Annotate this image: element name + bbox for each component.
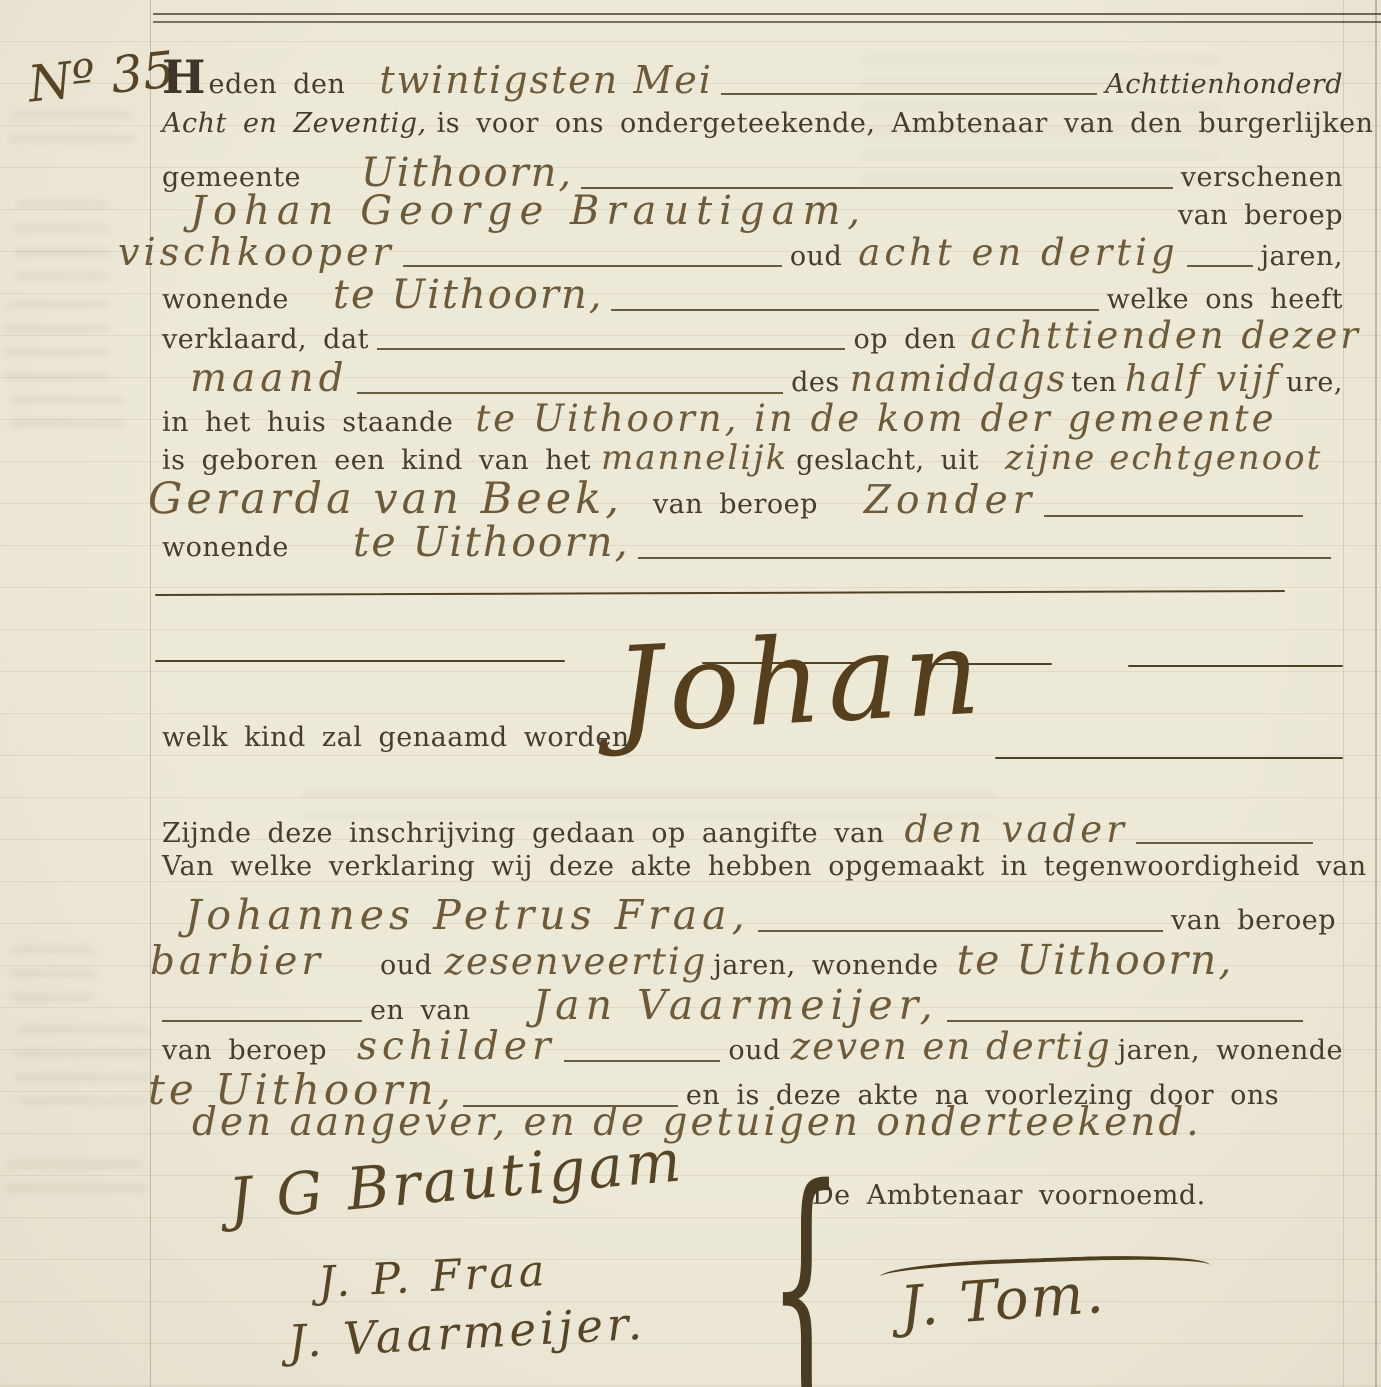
label-jaren-wonende-w1: jaren, wonende [713, 950, 938, 981]
label-oud: oud [790, 241, 842, 272]
blank-fill-line [1136, 838, 1313, 844]
label-en-van: en van [370, 995, 471, 1026]
label-van-beroep-w2: van beroep [162, 1035, 327, 1066]
field-witness1-age: zesenveertig [444, 940, 707, 983]
label-van-welke: Van welke verklaring wij deze akte hebbe… [162, 851, 1367, 882]
field-birth-place: te Uithoorn, in de kom der gemeente [475, 397, 1276, 440]
label-jaren: jaren, [1261, 241, 1343, 272]
empty-line-stroke [155, 660, 565, 662]
empty-line-stroke [1128, 665, 1343, 667]
ink-bleed-spot [10, 395, 125, 443]
page-fold-line [150, 0, 151, 1387]
label-van-beroep-w1: van beroep [1171, 905, 1336, 936]
label-heden-den: eden den [208, 69, 345, 100]
field-witness2-occupation: schilder [357, 1024, 556, 1069]
blank-fill-line [377, 344, 846, 350]
field-declarant-age: acht en dertig [858, 231, 1178, 274]
label-ure: ure, [1286, 367, 1343, 398]
field-date-day-month: twintigsten Mei [379, 58, 713, 102]
decorative-initial-H: H [162, 59, 205, 96]
label-oud-w1: oud [380, 950, 432, 981]
blank-fill-line [947, 1016, 1303, 1022]
field-birth-daypart: namiddags [850, 359, 1067, 400]
field-informant: den vader [904, 808, 1127, 851]
field-closing-line: den aangever, en de getuigen onderteeken… [192, 1100, 1202, 1145]
blank-fill-line [638, 553, 1331, 559]
label-wonende-mother: wonende [162, 532, 289, 563]
label-geslacht-uit: geslacht, uit [796, 445, 979, 476]
ink-bleed-spot [5, 300, 110, 390]
label-des: des [791, 367, 840, 398]
page-margin-line [1343, 0, 1344, 1387]
birth-certificate-page: { "document": { "record_number": "Nº 35"… [0, 0, 1381, 1387]
blank-fill-line [1187, 261, 1253, 267]
signature-witness1: J. P. Fraa [317, 1246, 550, 1308]
ink-bleed-spot [15, 1025, 150, 1105]
field-birth-time: half vijf [1125, 359, 1280, 400]
blank-fill-line [758, 926, 1163, 932]
field-birth-month-word: maand [190, 356, 349, 401]
ink-bleed-spot [10, 110, 135, 150]
label-zijnde: Zijnde deze inschrijving gedaan op aangi… [162, 818, 884, 849]
label-ten: ten [1071, 367, 1117, 398]
blank-fill-line [357, 388, 784, 394]
field-birth-day: achttienden dezer [970, 314, 1361, 357]
label-wonende: wonende [162, 284, 289, 315]
label-in-het-huis: in het huis staande [162, 407, 453, 438]
signature-brace: { [768, 1192, 844, 1383]
ink-bleed-spot [15, 200, 110, 285]
label-welke-ons-heeft: welke ons heeft [1107, 284, 1343, 315]
label-is-geboren: is geboren een kind van het [162, 445, 591, 476]
label-jaren-wonende-w2: jaren, wonende [1118, 1035, 1343, 1066]
blank-fill-line [995, 757, 1343, 759]
label-van-beroep: van beroep [1178, 200, 1343, 231]
label-van-beroep-mother: van beroep [653, 489, 818, 520]
blank-fill-line [162, 1016, 362, 1022]
empty-line-stroke [155, 590, 1285, 596]
signature-officer: J. Tom. [898, 1261, 1107, 1340]
record-number: Nº 35 [25, 40, 177, 113]
field-mother-residence: te Uithoorn, [353, 518, 630, 566]
field-declarant-residence: te Uithoorn, [333, 272, 604, 318]
blank-fill-line [1044, 511, 1303, 517]
label-line2: is voor ons ondergeteekende, Ambtenaar v… [437, 108, 1381, 139]
blank-fill-line [403, 261, 782, 267]
label-ambtenaar-voornoemd: De Ambtenaar voornoemd. [812, 1180, 1206, 1211]
ink-bleed-spot [5, 1160, 145, 1200]
field-mother-relation: zijne echtgenoot [1005, 438, 1322, 478]
blank-fill-line [564, 1056, 721, 1062]
label-verklaard-dat: verklaard, dat [162, 324, 369, 355]
blank-fill-line [721, 89, 1097, 95]
signature-witness2: J. Vaarmeijer. [287, 1297, 647, 1369]
previous-record-divider [153, 13, 1381, 23]
label-achttienhonderd: Achttienhonderd [1105, 69, 1343, 100]
field-witness1-name: Johannes Petrus Fraa, [185, 891, 750, 939]
label-year-italic: Acht en Zeventig, [162, 108, 427, 139]
paper-edge [1375, 0, 1377, 1387]
label-welk-kind: welk kind zal genaamd worden [162, 722, 630, 753]
label-op-den: op den [853, 324, 956, 355]
field-witness1-residence: te Uithoorn, [957, 936, 1234, 984]
ink-bleed-spot [10, 945, 95, 1005]
field-declarant-name: Johan George Brautigam, [190, 188, 867, 234]
field-witness2-name: Jan Vaarmeijer, [533, 981, 939, 1029]
field-mother-name: Gerarda van Beek, [148, 474, 623, 524]
label-oud-w2: oud [728, 1035, 780, 1066]
field-child-gender: mannelijk [601, 438, 788, 478]
field-witness1-occupation: barbier [150, 939, 324, 984]
field-witness2-age: zeven en dertig [791, 1025, 1112, 1068]
field-declarant-occupation: vischkooper [118, 230, 395, 274]
blank-fill-line [611, 305, 1098, 311]
field-mother-occupation: Zonder [864, 478, 1036, 523]
